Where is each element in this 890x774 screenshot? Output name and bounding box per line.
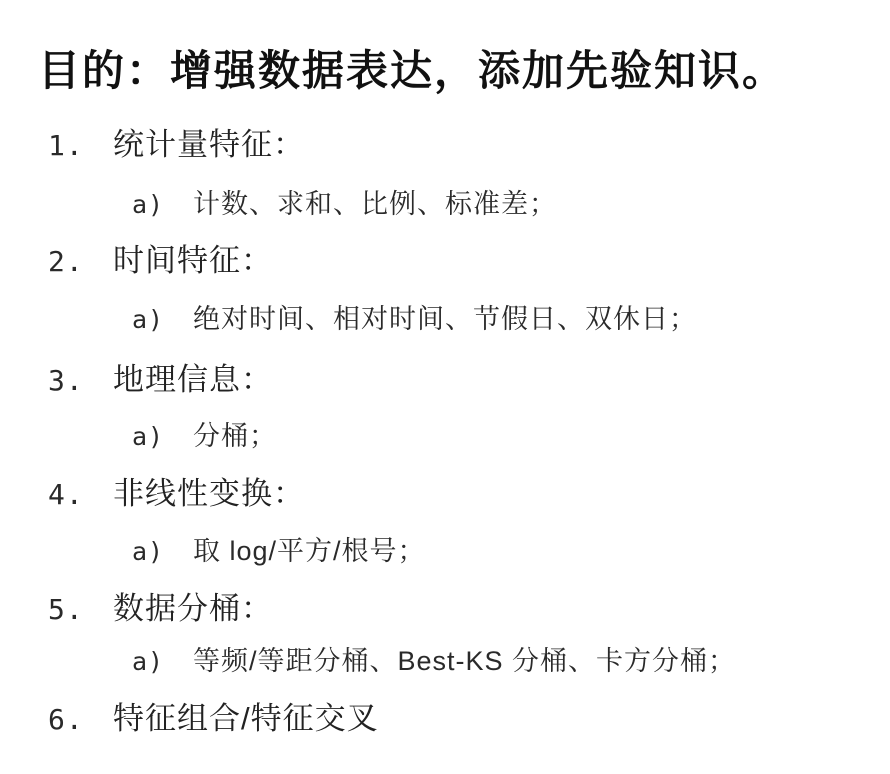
list-item-label: 时间特征： <box>113 243 273 278</box>
slide-page: 目的：增强数据表达，添加先验知识。 1.统计量特征： a)计数、求和、比例、标准… <box>0 0 890 774</box>
subitem-marker: a) <box>132 306 193 335</box>
list-item-5: 5.数据分桶： <box>48 591 273 627</box>
list-item-number: 3. <box>48 365 113 397</box>
list-subitem-5a: a)等频/等距分桶、Best-KS 分桶、卡方分桶； <box>132 646 736 677</box>
list-item-label: 非线性变换： <box>113 476 305 511</box>
list-item-label: 特征组合/特征交叉 <box>113 701 379 736</box>
list-item-4: 4.非线性变换： <box>48 476 305 512</box>
subitem-text: 绝对时间、相对时间、节假日、双休日； <box>193 304 697 334</box>
list-subitem-1a: a)计数、求和、比例、标准差； <box>132 189 557 220</box>
list-item-number: 2. <box>48 246 113 278</box>
subitem-marker: a) <box>132 191 193 220</box>
list-subitem-4a: a)取 log/平方/根号； <box>132 536 426 567</box>
list-item-number: 1. <box>48 130 113 162</box>
subitem-text: 分桶； <box>193 421 277 451</box>
list-item-6: 6.特征组合/特征交叉 <box>48 701 379 737</box>
subitem-marker: a) <box>132 423 193 452</box>
subitem-text: 等频/等距分桶、Best-KS 分桶、卡方分桶； <box>193 646 736 676</box>
subitem-marker: a) <box>132 538 193 567</box>
list-item-number: 4. <box>48 479 113 511</box>
subitem-text: 计数、求和、比例、标准差； <box>193 189 557 219</box>
subitem-text: 取 log/平方/根号； <box>193 536 426 566</box>
list-item-number: 5. <box>48 594 113 626</box>
list-subitem-2a: a)绝对时间、相对时间、节假日、双休日； <box>132 304 697 335</box>
list-item-1: 1.统计量特征： <box>48 127 305 163</box>
list-item-number: 6. <box>48 704 113 736</box>
list-item-label: 地理信息： <box>113 362 273 397</box>
page-title: 目的：增强数据表达，添加先验知识。 <box>38 38 786 98</box>
list-item-3: 3.地理信息： <box>48 362 273 398</box>
subitem-marker: a) <box>132 648 193 677</box>
list-item-label: 统计量特征： <box>113 127 305 162</box>
list-item-2: 2.时间特征： <box>48 243 273 279</box>
list-subitem-3a: a)分桶； <box>132 421 277 452</box>
list-item-label: 数据分桶： <box>113 591 273 626</box>
